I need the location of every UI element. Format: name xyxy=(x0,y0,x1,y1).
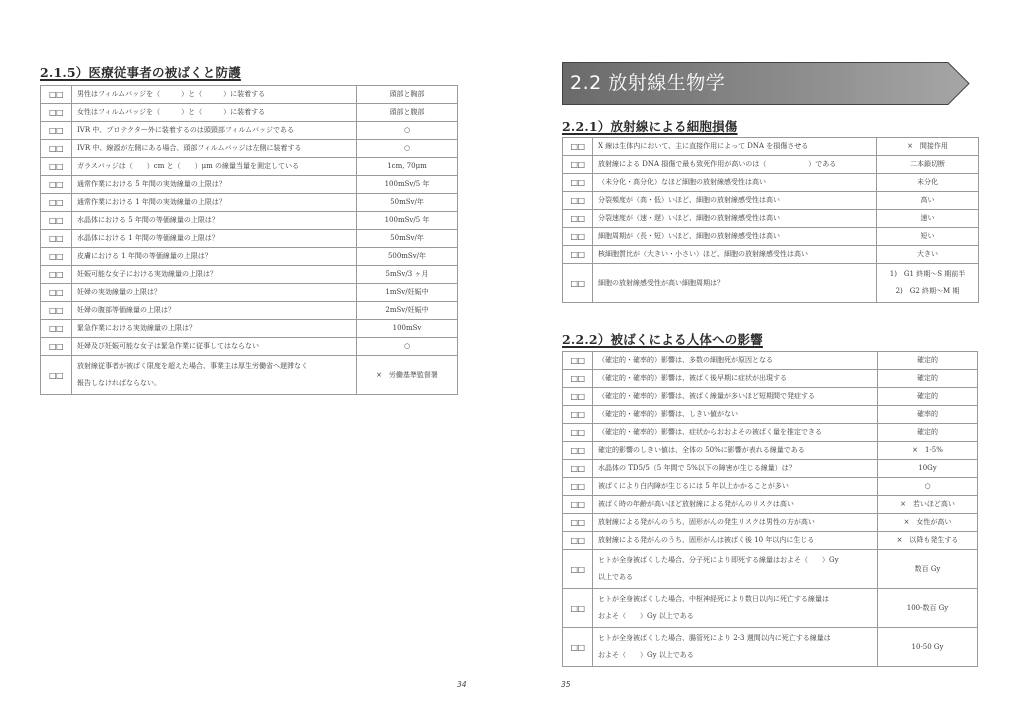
table-row: □□（確定的・確率的）影響は、症状からおおよその被ばく量を推定できる確定的 xyxy=(563,424,978,442)
table-row: □□水晶体の TD5/5（5 年間で 5%以下の障害が生じる線量）は？10Gy xyxy=(563,460,978,478)
table-row: □□男性はフィルムバッジを（ ）と（ ）に装着する頭部と胸部 xyxy=(41,86,458,104)
table-row: □□（確定的・確率的）影響は、多数の細胞死が原因となる確定的 xyxy=(563,352,978,370)
table-row: □□ 細胞の放射線感受性が高い細胞周期は？ 1) G1 終期～S 期前半 2) … xyxy=(563,264,979,303)
checkbox-pair[interactable]: □□ xyxy=(563,460,593,478)
answer-text: 確定的 xyxy=(878,352,978,370)
table-row: □□確定的影響のしきい値は、全体の 50%に影響が表れる線量である× 1-5% xyxy=(563,442,978,460)
radiation-protection-table: □□男性はフィルムバッジを（ ）と（ ）に装着する頭部と胸部 □□女性はフィルム… xyxy=(40,85,458,395)
table-row: □□水晶体における 1 年間の等価線量の上限は？50mSv/年 xyxy=(41,230,458,248)
answer-text: 100mSv xyxy=(357,320,458,338)
checkbox-pair[interactable]: □□ xyxy=(41,176,72,194)
question-text: ヒトが全身被ばくした場合、中枢神経死により数日以内に死亡する線量は およそ（ ）… xyxy=(593,589,878,628)
checkbox-pair[interactable]: □□ xyxy=(41,158,72,176)
question-text: 妊婦の腹部等価線量の上限は？ xyxy=(72,302,357,320)
table-row: □□核細胞質比が（大きい・小さい）ほど、細胞の放射線感受性は高い大きい xyxy=(563,246,979,264)
question-text: （確定的・確率的）影響は、多数の細胞死が原因となる xyxy=(593,352,878,370)
question-line-1: ヒトが全身被ばくした場合、中枢神経死により数日以内に死亡する線量は xyxy=(598,591,872,608)
table-row: □□妊婦の腹部等価線量の上限は？2mSv/妊娠中 xyxy=(41,302,458,320)
checkbox-pair[interactable]: □□ xyxy=(41,356,72,395)
checkbox-pair[interactable]: □□ xyxy=(563,264,593,303)
table-row: □□妊婦及び妊娠可能な女子は緊急作業に従事してはならない○ xyxy=(41,338,458,356)
question-line-2: およそ（ ）Gy 以上である xyxy=(598,608,872,625)
question-text: ヒトが全身被ばくした場合、腸管死により 2-3 週間以内に死亡する線量は およそ… xyxy=(593,628,878,667)
checkbox-pair[interactable]: □□ xyxy=(563,228,593,246)
checkbox-pair[interactable]: □□ xyxy=(563,156,593,174)
checkbox-pair[interactable]: □□ xyxy=(41,230,72,248)
answer-text: 短い xyxy=(877,228,979,246)
question-text: IVR 中、プロテクター外に装着するのは頭頸部フィルムバッジである xyxy=(72,122,357,140)
page-number-left: 34 xyxy=(457,680,467,689)
question-text: （確定的・確率的）影響は、被ばく線量が多いほど短期間で発症する xyxy=(593,388,878,406)
checkbox-pair[interactable]: □□ xyxy=(41,338,72,356)
table-row: □□水晶体における 5 年間の等価線量の上限は？100mSv/5 年 xyxy=(41,212,458,230)
left-page: 2.1.5）医療従事者の被ばくと防護 □□男性はフィルムバッジを（ ）と（ ）に… xyxy=(0,0,512,723)
answer-text: 2mSv/妊娠中 xyxy=(357,302,458,320)
table-row: □□分裂速度が（速・遅）いほど、細胞の放射線感受性は高い速い xyxy=(563,210,979,228)
question-text: （確定的・確率的）影響は、被ばく後早期に症状が出現する xyxy=(593,370,878,388)
checkbox-pair[interactable]: □□ xyxy=(563,478,593,496)
question-text: 水晶体における 5 年間の等価線量の上限は？ xyxy=(72,212,357,230)
checkbox-pair[interactable]: □□ xyxy=(563,138,593,156)
table-row: □□分裂頻度が（高・低）いほど、細胞の放射線感受性は高い高い xyxy=(563,192,979,210)
answer-text: 1) G1 終期～S 期前半 2) G2 終期～M 期 xyxy=(877,264,979,303)
answer-text: × 以降も発生する xyxy=(878,532,978,550)
table-row: □□被ばく時の年齢が高いほど放射線による発がんのリスクは高い× 若いほど高い xyxy=(563,496,978,514)
table-row: □□IVR 中、プロテクター外に装着するのは頭頸部フィルムバッジである○ xyxy=(41,122,458,140)
answer-text: 1cm, 70μm xyxy=(357,158,458,176)
answer-text: ○ xyxy=(878,478,978,496)
table-row: □□被ばくにより白内障が生じるには 5 年以上かかることが多い○ xyxy=(563,478,978,496)
checkbox-pair[interactable]: □□ xyxy=(563,210,593,228)
cell-damage-table: □□X 線は生体内において、主に直接作用によって DNA を損傷させる× 間接作… xyxy=(562,137,979,303)
checkbox-pair[interactable]: □□ xyxy=(563,442,593,460)
question-text: 被ばく時の年齢が高いほど放射線による発がんのリスクは高い xyxy=(593,496,878,514)
checkbox-pair[interactable]: □□ xyxy=(563,496,593,514)
question-text: ガラスバッジは（ ）cm と（ ）μm の線量当量を測定している xyxy=(72,158,357,176)
checkbox-pair[interactable]: □□ xyxy=(563,370,593,388)
answer-text: 確定的 xyxy=(878,388,978,406)
checkbox-pair[interactable]: □□ xyxy=(563,628,593,667)
checkbox-pair[interactable]: □□ xyxy=(41,284,72,302)
checkbox-pair[interactable]: □□ xyxy=(563,514,593,532)
checkbox-pair[interactable]: □□ xyxy=(41,122,72,140)
question-line-2: およそ（ ）Gy 以上である xyxy=(598,647,872,664)
table-row: □□ ヒトが全身被ばくした場合、腸管死により 2-3 週間以内に死亡する線量は … xyxy=(563,628,978,667)
table-row: □□ ヒトが全身被ばくした場合、分子死により即死する線量はおよそ（ ）Gy 以上… xyxy=(563,550,978,589)
answer-text: 10Gy xyxy=(878,460,978,478)
section-title-2-1-5: 2.1.5）医療従事者の被ばくと防護 xyxy=(40,63,241,81)
answer-text: 確率的 xyxy=(878,406,978,424)
answer-text: 100mSv/5 年 xyxy=(357,176,458,194)
answer-text: 頭部と腹部 xyxy=(357,104,458,122)
question-text: 放射線による発がんのうち、固形がんは被ばく後 10 年以内に生じる xyxy=(593,532,878,550)
answer-text: × 間接作用 xyxy=(877,138,979,156)
question-text: 妊婦及び妊娠可能な女子は緊急作業に従事してはならない xyxy=(72,338,357,356)
question-text: 確定的影響のしきい値は、全体の 50%に影響が表れる線量である xyxy=(593,442,878,460)
answer-text: 確定的 xyxy=(878,424,978,442)
answer-text: 50mSv/年 xyxy=(357,230,458,248)
question-text: 放射線従事者が被ばく限度を超えた場合、事業主は厚生労働省へ遅滞なく 報告しなけれ… xyxy=(72,356,357,395)
answer-text: 頭部と胸部 xyxy=(357,86,458,104)
answer-text: 100mSv/5 年 xyxy=(357,212,458,230)
answer-text: ○ xyxy=(357,338,458,356)
checkbox-pair[interactable]: □□ xyxy=(41,266,72,284)
answer-text: 未分化 xyxy=(877,174,979,192)
answer-text: 高い xyxy=(877,192,979,210)
table-row: □□（確定的・確率的）影響は、被ばく線量が多いほど短期間で発症する確定的 xyxy=(563,388,978,406)
answer-text: 10-50 Gy xyxy=(878,628,978,667)
checkbox-pair[interactable]: □□ xyxy=(563,424,593,442)
checkbox-pair[interactable]: □□ xyxy=(563,174,593,192)
question-text: 放射線による発がんのうち、固形がんの発生リスクは男性の方が高い xyxy=(593,514,878,532)
question-text: 水晶体の TD5/5（5 年間で 5%以下の障害が生じる線量）は？ xyxy=(593,460,878,478)
answer-text: × 若いほど高い xyxy=(878,496,978,514)
answer-text: 100-数百 Gy xyxy=(878,589,978,628)
table-row: □□放射線による発がんのうち、固形がんは被ばく後 10 年以内に生じる× 以降も… xyxy=(563,532,978,550)
table-row: □□皮膚における 1 年間の等価線量の上限は？500mSv/年 xyxy=(41,248,458,266)
question-text: IVR 中、線源が左側にある場合、頭部フィルムバッジは左側に装着する xyxy=(72,140,357,158)
answer-text: ○ xyxy=(357,140,458,158)
answer-text: × 労働基準監督署 xyxy=(357,356,458,395)
question-text: 女性はフィルムバッジを（ ）と（ ）に装着する xyxy=(72,104,357,122)
answer-text: 大きい xyxy=(877,246,979,264)
checkbox-pair[interactable]: □□ xyxy=(563,192,593,210)
table-row: □□ 放射線従事者が被ばく限度を超えた場合、事業主は厚生労働省へ遅滞なく 報告し… xyxy=(41,356,458,395)
checkbox-pair[interactable]: □□ xyxy=(41,212,72,230)
question-text: 通常作業における 1 年間の実効線量の上限は？ xyxy=(72,194,357,212)
question-line-1: 放射線従事者が被ばく限度を超えた場合、事業主は厚生労働省へ遅滞なく xyxy=(77,358,351,375)
answer-text: 500mSv/年 xyxy=(357,248,458,266)
checkbox-pair[interactable]: □□ xyxy=(41,140,72,158)
question-line-1: ヒトが全身被ばくした場合、腸管死により 2-3 週間以内に死亡する線量は xyxy=(598,630,872,647)
answer-line-1: 1) G1 終期～S 期前半 xyxy=(882,266,973,283)
question-text: 被ばくにより白内障が生じるには 5 年以上かかることが多い xyxy=(593,478,878,496)
table-row: □□（未分化・高分化）なほど細胞の放射線感受性は高い未分化 xyxy=(563,174,979,192)
checkbox-pair[interactable]: □□ xyxy=(41,104,72,122)
table-row: □□ ヒトが全身被ばくした場合、中枢神経死により数日以内に死亡する線量は およそ… xyxy=(563,589,978,628)
chapter-banner: 2.2 放射線生物学 xyxy=(562,62,970,104)
question-text: 分裂頻度が（高・低）いほど、細胞の放射線感受性は高い xyxy=(593,192,877,210)
checkbox-pair[interactable]: □□ xyxy=(41,194,72,212)
answer-text: 確定的 xyxy=(878,370,978,388)
question-text: 細胞の放射線感受性が高い細胞周期は？ xyxy=(593,264,877,303)
question-line-2: 以上である xyxy=(598,569,872,586)
question-text: 通常作業における 5 年間の実効線量の上限は？ xyxy=(72,176,357,194)
table-row: □□IVR 中、線源が左側にある場合、頭部フィルムバッジは左側に装着する○ xyxy=(41,140,458,158)
table-row: □□（確定的・確率的）影響は、しきい値がない確率的 xyxy=(563,406,978,424)
human-effects-table: □□（確定的・確率的）影響は、多数の細胞死が原因となる確定的 □□（確定的・確率… xyxy=(562,351,978,667)
checkbox-pair[interactable]: □□ xyxy=(563,532,593,550)
question-line-2: 報告しなければならない。 xyxy=(77,375,351,392)
checkbox-pair[interactable]: □□ xyxy=(563,388,593,406)
question-text: 皮膚における 1 年間の等価線量の上限は？ xyxy=(72,248,357,266)
question-text: （確定的・確率的）影響は、症状からおおよその被ばく量を推定できる xyxy=(593,424,878,442)
checkbox-pair[interactable]: □□ xyxy=(563,352,593,370)
table-row: □□（確定的・確率的）影響は、被ばく後早期に症状が出現する確定的 xyxy=(563,370,978,388)
question-text: 細胞周期が（長・短）いほど、細胞の放射線感受性は高い xyxy=(593,228,877,246)
question-text: 放射線による DNA 損傷で最も致死作用が高いのは（ ）である xyxy=(593,156,877,174)
checkbox-pair[interactable]: □□ xyxy=(563,550,593,589)
question-text: ヒトが全身被ばくした場合、分子死により即死する線量はおよそ（ ）Gy 以上である xyxy=(593,550,878,589)
answer-text: 5mSv/3 ヶ月 xyxy=(357,266,458,284)
table-row: □□放射線による DNA 損傷で最も致死作用が高いのは（ ）である二本鎖切断 xyxy=(563,156,979,174)
table-row: □□緊急作業における実効線量の上限は？100mSv xyxy=(41,320,458,338)
question-text: X 線は生体内において、主に直接作用によって DNA を損傷させる xyxy=(593,138,877,156)
answer-line-2: 2) G2 終期～M 期 xyxy=(882,283,973,300)
answer-text: 1mSv/妊娠中 xyxy=(357,284,458,302)
question-text: （未分化・高分化）なほど細胞の放射線感受性は高い xyxy=(593,174,877,192)
table-row: □□放射線による発がんのうち、固形がんの発生リスクは男性の方が高い× 女性が高い xyxy=(563,514,978,532)
question-text: 分裂速度が（速・遅）いほど、細胞の放射線感受性は高い xyxy=(593,210,877,228)
question-text: 妊娠可能な女子における実効線量の上限は？ xyxy=(72,266,357,284)
question-text: 核細胞質比が（大きい・小さい）ほど、細胞の放射線感受性は高い xyxy=(593,246,877,264)
checkbox-pair[interactable]: □□ xyxy=(41,86,72,104)
table-row: □□X 線は生体内において、主に直接作用によって DNA を損傷させる× 間接作… xyxy=(563,138,979,156)
section-title-2-2-2: 2.2.2）被ばくによる人体への影響 xyxy=(562,330,763,348)
question-text: （確定的・確率的）影響は、しきい値がない xyxy=(593,406,878,424)
table-row: □□細胞周期が（長・短）いほど、細胞の放射線感受性は高い短い xyxy=(563,228,979,246)
table-row: □□通常作業における 1 年間の実効線量の上限は？50mSv/年 xyxy=(41,194,458,212)
question-line-1: ヒトが全身被ばくした場合、分子死により即死する線量はおよそ（ ）Gy xyxy=(598,552,872,569)
answer-text: × 1-5% xyxy=(878,442,978,460)
section-title-2-2-1: 2.2.1）放射線による細胞損傷 xyxy=(562,117,738,135)
answer-text: 50mSv/年 xyxy=(357,194,458,212)
question-text: 緊急作業における実効線量の上限は？ xyxy=(72,320,357,338)
answer-text: 二本鎖切断 xyxy=(877,156,979,174)
answer-text: 数百 Gy xyxy=(878,550,978,589)
checkbox-pair[interactable]: □□ xyxy=(563,406,593,424)
checkbox-pair[interactable]: □□ xyxy=(41,248,72,266)
answer-text: 速い xyxy=(877,210,979,228)
table-row: □□女性はフィルムバッジを（ ）と（ ）に装着する頭部と腹部 xyxy=(41,104,458,122)
answer-text: × 女性が高い xyxy=(878,514,978,532)
answer-text: ○ xyxy=(357,122,458,140)
table-row: □□妊婦の実効線量の上限は？1mSv/妊娠中 xyxy=(41,284,458,302)
table-row: □□ガラスバッジは（ ）cm と（ ）μm の線量当量を測定している1cm, 7… xyxy=(41,158,458,176)
checkbox-pair[interactable]: □□ xyxy=(563,589,593,628)
table-row: □□妊娠可能な女子における実効線量の上限は？5mSv/3 ヶ月 xyxy=(41,266,458,284)
chapter-title: 2.2 放射線生物学 xyxy=(570,68,725,95)
checkbox-pair[interactable]: □□ xyxy=(563,246,593,264)
checkbox-pair[interactable]: □□ xyxy=(41,302,72,320)
page-number-right: 35 xyxy=(561,680,571,689)
question-text: 妊婦の実効線量の上限は？ xyxy=(72,284,357,302)
question-text: 男性はフィルムバッジを（ ）と（ ）に装着する xyxy=(72,86,357,104)
table-row: □□通常作業における 5 年間の実効線量の上限は？100mSv/5 年 xyxy=(41,176,458,194)
checkbox-pair[interactable]: □□ xyxy=(41,320,72,338)
question-text: 水晶体における 1 年間の等価線量の上限は？ xyxy=(72,230,357,248)
